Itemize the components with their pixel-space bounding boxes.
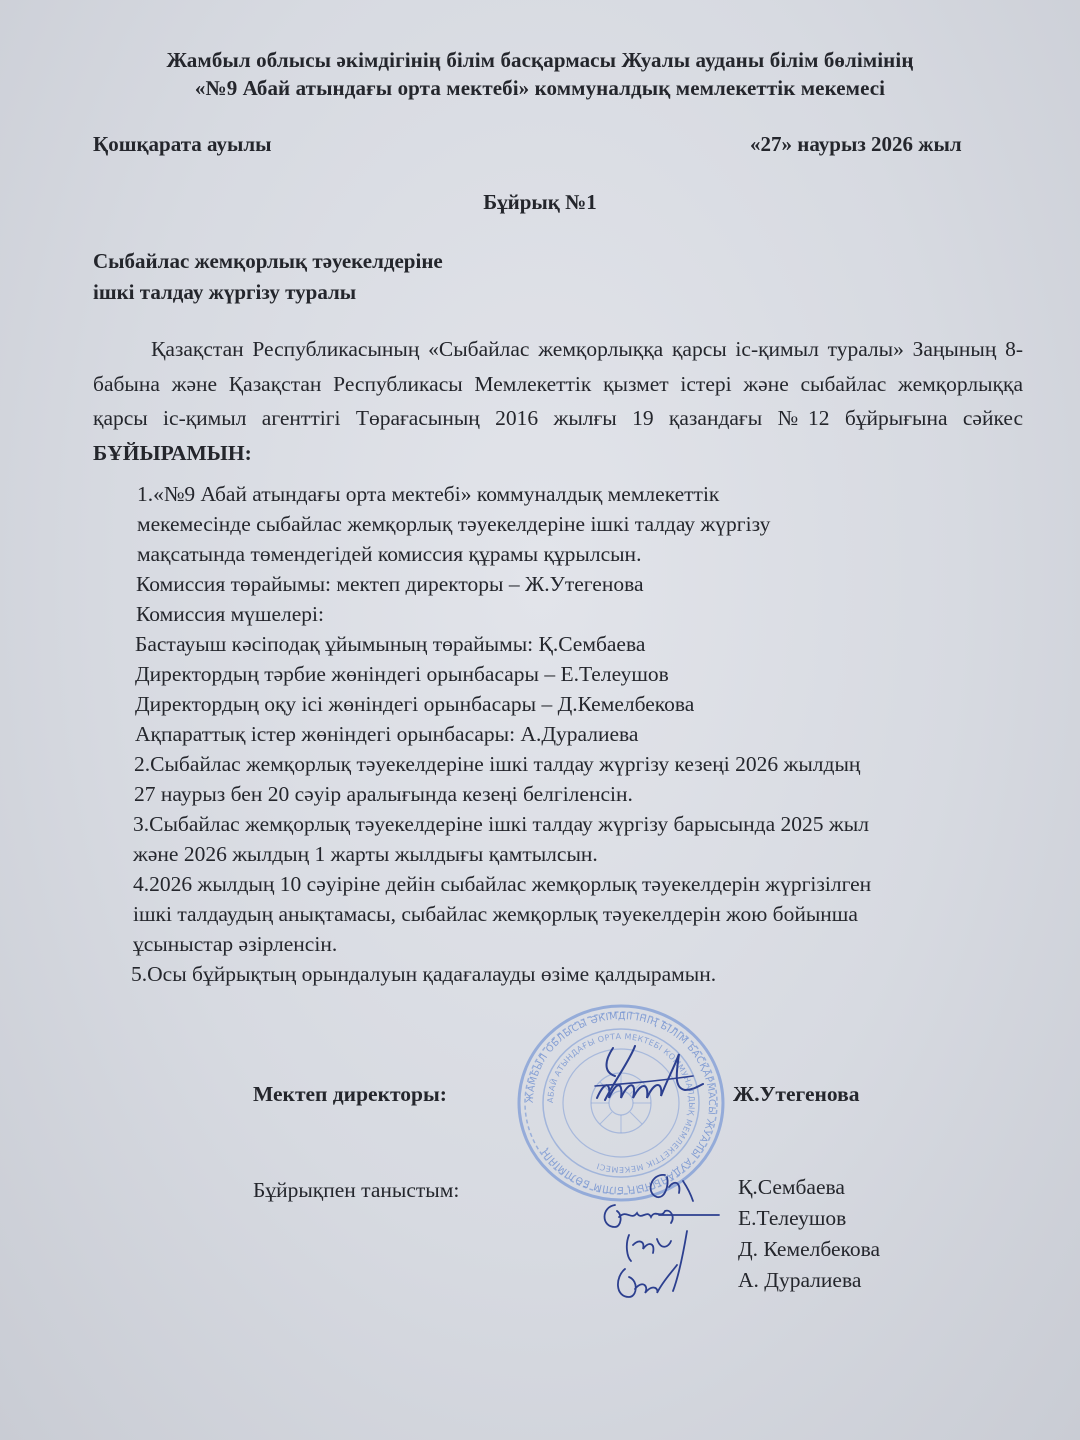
subject-line2: ішкі талдау жүргізу туралы — [93, 280, 356, 305]
body-line: Комиссия төрайымы: мектеп директоры – Ж.… — [136, 572, 644, 597]
body-line: Директордың тәрбие жөніндегі орынбасары … — [135, 662, 669, 687]
document-page: Жамбыл облысы әкімдігінің білім басқарма… — [0, 0, 1080, 1440]
acknowledgement-label: Бұйрықпен таныстым: — [253, 1178, 459, 1203]
preamble-paragraph: Қазақстан Республикасының «Сыбайлас жемқ… — [93, 332, 1023, 470]
body-line: 2.Сыбайлас жемқорлық тәуекелдеріне ішкі … — [134, 752, 860, 777]
body-line: 5.Осы бұйрықтың орындалуын қадағалауды ө… — [131, 962, 716, 987]
acknowledgement-name: Қ.Сембаева — [738, 1175, 845, 1200]
subject-line1: Сыбайлас жемқорлық тәуекелдеріне — [93, 249, 443, 274]
director-signature-icon — [575, 1040, 710, 1110]
body-line: және 2026 жылдың 1 жарты жылдығы қамтылс… — [133, 842, 598, 867]
place-name: Қошқарата ауылы — [93, 132, 272, 157]
body-line: ұсыныстар әзірленсін. — [133, 932, 337, 957]
body-line: ішкі талдаудың анықтамасы, сыбайлас жемқ… — [133, 902, 858, 927]
header-organization-line1: Жамбыл облысы әкімдігінің білім басқарма… — [0, 48, 1080, 73]
body-line: 1.«№9 Абай атындағы орта мектебі» коммун… — [137, 482, 719, 507]
body-line: 3.Сыбайлас жемқорлық тәуекелдеріне ішкі … — [133, 812, 869, 837]
acknowledgement-name: Д. Кемелбекова — [738, 1237, 880, 1262]
body-line: 27 наурыз бен 20 сәуір аралығында кезеңі… — [134, 782, 633, 807]
body-line: Бастауыш кәсіподақ ұйымының төрайымы: Қ.… — [135, 632, 645, 657]
preamble-text: Қазақстан Республикасының «Сыбайлас жемқ… — [93, 337, 1023, 430]
order-title: Бұйрық №1 — [0, 190, 1080, 215]
acknowledgement-name: Е.Телеушов — [738, 1206, 846, 1231]
body-line: Комиссия мүшелері: — [136, 602, 324, 627]
body-line: 4.2026 жылдың 10 сәуіріне дейін сыбайлас… — [133, 872, 871, 897]
header-organization-line2: «№9 Абай атындағы орта мектебі» коммунал… — [0, 76, 1080, 101]
decree-word: БҰЙЫРАМЫН: — [93, 441, 252, 465]
body-line: мақсатында төмендегідей комиссия құрамы … — [137, 542, 641, 567]
signatory-name: Ж.Утегенова — [733, 1082, 860, 1107]
body-line: мекемесінде сыбайлас жемқорлық тәуекелде… — [137, 512, 770, 537]
order-date: «27» наурыз 2026 жыл — [750, 132, 962, 157]
body-line: Ақпараттық істер жөніндегі орынбасары: А… — [135, 722, 638, 747]
signature-label: Мектеп директоры: — [253, 1082, 447, 1107]
body-line: Директордың оқу ісі жөніндегі орынбасары… — [135, 692, 694, 717]
acknowledgement-signatures-icon — [595, 1165, 720, 1315]
acknowledgement-name: А. Дуралиева — [738, 1268, 861, 1293]
